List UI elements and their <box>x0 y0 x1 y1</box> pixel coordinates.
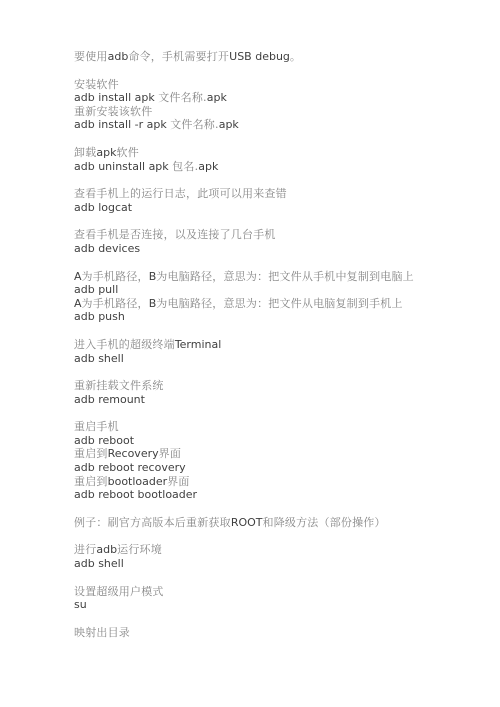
paragraph-block: 进行adb运行环境adb shell <box>74 543 460 570</box>
document-page: 要使用adb命令，手机需要打开USB debug。安装软件adb install… <box>0 0 500 707</box>
latin-text: adb install apk <box>74 91 158 104</box>
latin-text: adb reboot bootloader <box>74 488 197 501</box>
text-line: su <box>74 598 460 612</box>
text-line: 查看手机上的运行日志，此项可以用来查错 <box>74 187 460 201</box>
latin-text: adb shell <box>74 557 124 570</box>
latin-text: B <box>149 270 157 283</box>
paragraph-block: 查看手机上的运行日志，此项可以用来查错adb logcat <box>74 187 460 214</box>
text-line: adb shell <box>74 352 460 366</box>
latin-text: adb <box>96 543 117 556</box>
text-line: 重新挂载文件系统 <box>74 379 460 393</box>
text-line: A为手机路径，B为电脑路径，意思为：把文件从手机中复制到电脑上 <box>74 270 460 284</box>
text-line: adb reboot bootloader <box>74 488 460 502</box>
latin-text: USB debug <box>229 50 290 63</box>
latin-text: adb install -r apk <box>74 118 170 131</box>
latin-text: adb reboot recovery <box>74 461 186 474</box>
text-line: 例子：刷官方高版本后重新获取ROOT和降级方法（部份操作） <box>74 516 460 530</box>
text-line: adb uninstall apk 包名.apk <box>74 160 460 174</box>
text-line: adb reboot <box>74 434 460 448</box>
latin-text: B <box>149 297 157 310</box>
latin-text: adb devices <box>74 242 140 255</box>
paragraph-block: 卸载apk软件adb uninstall apk 包名.apk <box>74 146 460 173</box>
text-line: 卸载apk软件 <box>74 146 460 160</box>
latin-text: adb logcat <box>74 201 132 214</box>
paragraph-block: 映射出目录 <box>74 626 460 640</box>
latin-text: adb remount <box>74 393 145 406</box>
latin-text: adb reboot <box>74 434 134 447</box>
paragraph-block: 重新挂载文件系统adb remount <box>74 379 460 406</box>
latin-text: A <box>74 297 82 310</box>
paragraph-block: 重启手机adb reboot重启到Recovery界面adb reboot re… <box>74 420 460 502</box>
latin-text: adb push <box>74 310 125 323</box>
text-line: 设置超级用户模式 <box>74 585 460 599</box>
text-line: adb reboot recovery <box>74 461 460 475</box>
paragraph-block: 例子：刷官方高版本后重新获取ROOT和降级方法（部份操作） <box>74 516 460 530</box>
text-line: adb shell <box>74 557 460 571</box>
text-line: 进入手机的超级终端Terminal <box>74 338 460 352</box>
latin-text: adb <box>108 50 129 63</box>
latin-text: A <box>74 270 82 283</box>
latin-text: Terminal <box>175 338 222 351</box>
text-line: 重启手机 <box>74 420 460 434</box>
text-line: adb install apk 文件名称.apk <box>74 91 460 105</box>
text-line: 映射出目录 <box>74 626 460 640</box>
text-line: adb install -r apk 文件名称.apk <box>74 118 460 132</box>
text-line: 重启到Recovery界面 <box>74 447 460 461</box>
latin-text: apk <box>219 118 239 131</box>
paragraph-block: 安装软件adb install apk 文件名称.apk重新安装该软件adb i… <box>74 78 460 132</box>
text-line: 重新安装该软件 <box>74 105 460 119</box>
latin-text: ROOT <box>231 516 263 529</box>
text-line: 进行adb运行环境 <box>74 543 460 557</box>
text-line: adb logcat <box>74 201 460 215</box>
paragraph-block: 查看手机是否连接，以及连接了几台手机adb devices <box>74 228 460 255</box>
latin-text: apk <box>207 91 227 104</box>
text-line: 查看手机是否连接，以及连接了几台手机 <box>74 228 460 242</box>
text-line: adb push <box>74 310 460 324</box>
text-line: 安装软件 <box>74 78 460 92</box>
latin-text: adb uninstall apk <box>74 160 172 173</box>
latin-text: Recovery <box>108 447 159 460</box>
latin-text: su <box>74 598 87 611</box>
text-line: A为手机路径，B为电脑路径，意思为：把文件从电脑复制到手机上 <box>74 297 460 311</box>
paragraph-block: 进入手机的超级终端Terminaladb shell <box>74 338 460 365</box>
latin-text: apk <box>96 146 116 159</box>
text-line: 重启到bootloader界面 <box>74 475 460 489</box>
latin-text: bootloader <box>108 475 168 488</box>
latin-text: apk <box>198 160 218 173</box>
document-body: 要使用adb命令，手机需要打开USB debug。安装软件adb install… <box>74 50 460 639</box>
paragraph-block: A为手机路径，B为电脑路径，意思为：把文件从手机中复制到电脑上adb pullA… <box>74 270 460 324</box>
paragraph-block: 要使用adb命令，手机需要打开USB debug。 <box>74 50 460 64</box>
paragraph-block: 设置超级用户模式su <box>74 585 460 612</box>
text-line: adb remount <box>74 393 460 407</box>
latin-text: adb pull <box>74 283 118 296</box>
text-line: adb devices <box>74 242 460 256</box>
text-line: adb pull <box>74 283 460 297</box>
latin-text: adb shell <box>74 352 124 365</box>
text-line: 要使用adb命令，手机需要打开USB debug。 <box>74 50 460 64</box>
